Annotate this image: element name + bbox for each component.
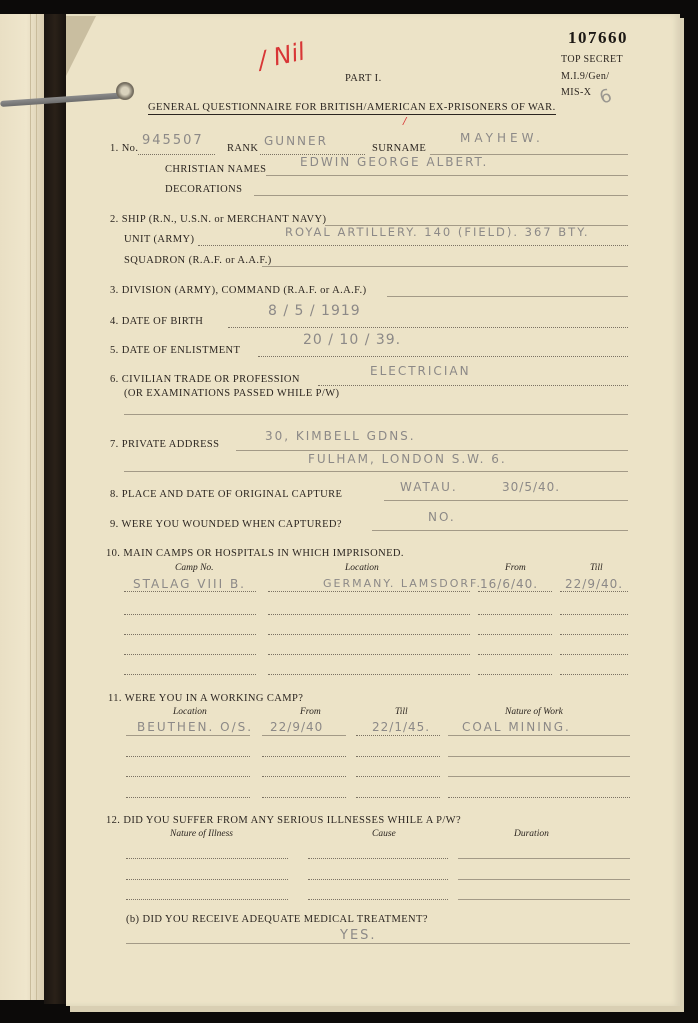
trade-line	[318, 385, 628, 386]
work-line	[448, 756, 630, 757]
camp-line	[124, 634, 256, 635]
enlistment-label: 5. DATE OF ENLISTMENT	[110, 345, 240, 356]
camps-label: 10. MAIN CAMPS OR HOSPITALS IN WHICH IMP…	[106, 548, 404, 559]
ship-label: 2. SHIP (R.N., U.S.N. or MERCHANT NAVY)	[110, 214, 326, 225]
work-row-1-till[interactable]: 22/1/45.	[372, 720, 430, 734]
dob-value[interactable]: 8 / 5 / 1919	[268, 303, 361, 319]
work-line	[448, 776, 630, 777]
eyelet-icon	[116, 82, 134, 100]
work-line	[126, 797, 250, 798]
camp-line	[268, 674, 470, 675]
medical-treatment-label: (b) DID YOU RECEIVE ADEQUATE MEDICAL TRE…	[126, 914, 428, 925]
wounded-value[interactable]: NO.	[428, 510, 456, 524]
work-line	[262, 756, 346, 757]
work-line	[448, 735, 630, 736]
camp-row-1-location[interactable]: GERMANY. LAMSDORF.	[323, 577, 482, 590]
reference-line-1: M.I.9/Gen/	[561, 71, 609, 82]
squadron-line	[262, 266, 628, 267]
rank-label: RANK	[227, 143, 258, 154]
camps-col-from: From	[505, 563, 526, 573]
work-line	[448, 797, 630, 798]
surname-value[interactable]: MAYHEW.	[460, 131, 544, 145]
page-edge	[30, 14, 31, 1000]
camp-line	[478, 654, 552, 655]
classification-label: TOP SECRET	[561, 54, 623, 65]
service-no-label: 1. No.	[110, 143, 138, 154]
address-label: 7. PRIVATE ADDRESS	[110, 439, 219, 450]
camp-line	[560, 591, 628, 592]
address-line-2	[124, 471, 628, 472]
camps-col-location: Location	[345, 563, 379, 573]
illness-label: 12. DID YOU SUFFER FROM ANY SERIOUS ILLN…	[106, 815, 461, 826]
camp-line	[124, 614, 256, 615]
unit-value[interactable]: ROYAL ARTILLERY. 140 (FIELD). 367 BTY.	[285, 225, 590, 239]
camp-line	[124, 654, 256, 655]
work-line	[356, 776, 440, 777]
decorations-label: DECORATIONS	[165, 184, 242, 195]
illness-line	[126, 879, 288, 880]
address-value-1[interactable]: 30, KIMBELL GDNS.	[265, 429, 416, 443]
camp-line	[560, 654, 628, 655]
capture-place-value[interactable]: WATAU.	[400, 480, 458, 494]
camp-line	[268, 591, 470, 592]
capture-line	[384, 500, 628, 501]
work-line	[126, 735, 250, 736]
document-number: 107660	[568, 28, 628, 48]
work-line	[356, 735, 440, 736]
camp-row-1-camp-no[interactable]: STALAG VIII B.	[133, 577, 246, 591]
wounded-label: 9. WERE YOU WOUNDED WHEN CAPTURED?	[110, 519, 342, 530]
work-line	[356, 756, 440, 757]
camp-line	[124, 591, 256, 592]
address-line-1	[236, 450, 628, 451]
dob-label: 4. DATE OF BIRTH	[110, 316, 203, 327]
medical-treatment-value[interactable]: YES.	[340, 928, 377, 943]
camp-line	[560, 634, 628, 635]
christian-names-line	[266, 175, 628, 176]
work-line	[262, 776, 346, 777]
medical-treatment-line	[126, 943, 630, 944]
form-title: GENERAL QUESTIONNAIRE FOR BRITISH/AMERIC…	[148, 102, 556, 115]
trade-sublabel: (OR EXAMINATIONS PASSED WHILE P/W)	[124, 388, 339, 399]
page-edge	[36, 14, 37, 1000]
illness-line	[308, 899, 448, 900]
work-line	[356, 797, 440, 798]
illness-line	[308, 858, 448, 859]
work-col-till: Till	[395, 707, 408, 717]
work-line	[126, 756, 250, 757]
surname-label: SURNAME	[372, 143, 426, 154]
camp-line	[478, 614, 552, 615]
squadron-label: SQUADRON (R.A.F. or A.A.F.)	[124, 255, 272, 266]
unit-line	[198, 245, 628, 246]
illness-line	[126, 899, 288, 900]
trade-label: 6. CIVILIAN TRADE OR PROFESSION	[110, 374, 300, 385]
camps-col-camp-no: Camp No.	[175, 563, 214, 573]
camp-line	[478, 591, 552, 592]
work-line	[262, 797, 346, 798]
red-tick: /	[403, 116, 406, 127]
enlistment-value[interactable]: 20 / 10 / 39.	[303, 332, 401, 348]
work-line	[262, 735, 346, 736]
illness-col-cause: Cause	[372, 829, 396, 839]
illness-col-nature: Nature of Illness	[170, 829, 233, 839]
capture-label: 8. PLACE AND DATE OF ORIGINAL CAPTURE	[110, 489, 342, 500]
camp-line	[268, 614, 470, 615]
wounded-line	[372, 530, 628, 531]
part-heading: PART I.	[345, 73, 382, 84]
illness-line	[458, 858, 630, 859]
camp-line	[124, 674, 256, 675]
working-camp-label: 11. WERE YOU IN A WORKING CAMP?	[108, 693, 303, 704]
previous-page	[0, 14, 44, 1000]
reference-line-2: MIS-X	[561, 87, 591, 98]
illness-col-duration: Duration	[514, 829, 549, 839]
unit-label: UNIT (ARMY)	[124, 234, 194, 245]
enlistment-line	[258, 356, 628, 357]
illness-line	[308, 879, 448, 880]
camp-line	[560, 614, 628, 615]
illness-line	[458, 879, 630, 880]
work-col-from: From	[300, 707, 321, 717]
service-no-value[interactable]: 945507	[142, 133, 204, 148]
work-line	[126, 776, 250, 777]
illness-line	[458, 899, 630, 900]
work-row-1-location[interactable]: BEUTHEN. O/S.	[137, 720, 253, 734]
camp-row-1-from[interactable]: 16/6/40.	[480, 577, 538, 591]
camp-line	[560, 674, 628, 675]
rank-value[interactable]: GUNNER	[264, 134, 328, 148]
camp-line	[478, 634, 552, 635]
decorations-line	[254, 195, 628, 196]
work-row-1-from[interactable]: 22/9/40	[270, 720, 323, 734]
service-no-line	[138, 154, 215, 155]
camp-line	[268, 654, 470, 655]
trade-value[interactable]: ELECTRICIAN	[370, 364, 471, 378]
illness-line	[126, 858, 288, 859]
work-col-location: Location	[173, 707, 207, 717]
binding-gap	[44, 14, 66, 1004]
work-col-nature: Nature of Work	[505, 707, 563, 717]
trade-extra-line	[124, 414, 628, 415]
division-label: 3. DIVISION (ARMY), COMMAND (R.A.F. or A…	[110, 285, 366, 296]
work-row-1-nature[interactable]: COAL MINING.	[462, 720, 571, 734]
dob-line	[228, 327, 628, 328]
christian-names-value[interactable]: EDWIN GEORGE ALBERT.	[300, 155, 488, 169]
address-value-2[interactable]: FULHAM, LONDON S.W. 6.	[308, 452, 507, 466]
camp-line	[478, 674, 552, 675]
capture-date-value[interactable]: 30/5/40.	[502, 480, 560, 494]
camps-col-till: Till	[590, 563, 603, 573]
camp-row-1-till[interactable]: 22/9/40.	[565, 577, 623, 591]
folded-corner	[66, 16, 96, 76]
camp-line	[268, 634, 470, 635]
division-line	[387, 296, 628, 297]
christian-names-label: CHRISTIAN NAMES	[165, 164, 266, 175]
